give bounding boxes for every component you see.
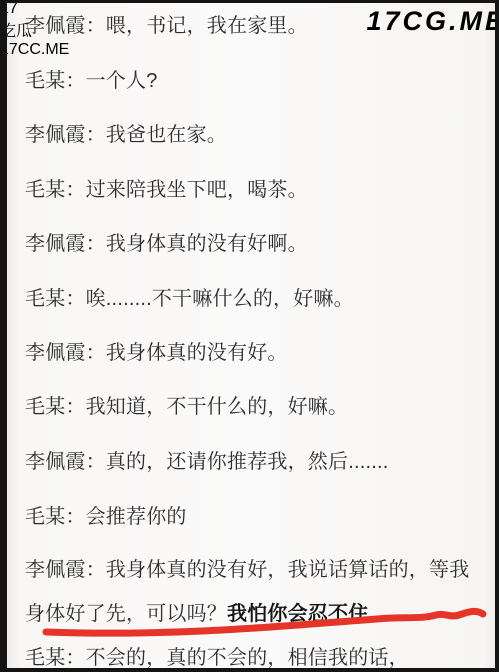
frame-edge-top <box>0 0 499 3</box>
frame-edge-left <box>0 0 7 672</box>
dialogue-line: 毛某：唉........不干嘛什么的，好嘛。 <box>25 287 487 311</box>
dialogue-transcript: 李佩霞：喂，书记，我在家里。 毛某：一个人? 李佩霞：我爸也在家。 毛某：过来陪… <box>0 0 499 672</box>
dialogue-line: 毛某：不会的，真的不会的，相信我的话， <box>25 646 487 670</box>
dialogue-line: 李佩霞：我身体真的没有好，我说话算话的，等我 <box>25 558 487 582</box>
bold-highlight-text: 我怕你会忍不住。 <box>227 603 389 625</box>
dialogue-line: 李佩霞：真的，还请你推荐我，然后....... <box>25 450 487 474</box>
dialogue-line-normal-part: 身体好了先，可以吗？ <box>25 603 227 625</box>
dialogue-line: 毛某：一个人? <box>25 69 487 93</box>
dialogue-line: 李佩霞：我爸也在家。 <box>25 123 487 147</box>
dialogue-line: 李佩霞：我身体真的没有好。 <box>25 341 487 365</box>
frame-edge-bottom <box>0 668 499 672</box>
dialogue-line-with-highlight: 身体好了先，可以吗？我怕你会忍不住。 <box>25 602 487 626</box>
dialogue-line: 毛某：会推荐你的 <box>25 505 487 529</box>
dialogue-line: 李佩霞：我身体真的没有好啊。 <box>25 232 487 256</box>
dialogue-line: 毛某：我知道，不干什么的，好嘛。 <box>25 395 487 419</box>
watermark-17cg-me: 17CG.ME <box>366 6 499 37</box>
dialogue-line: 毛某：过来陪我坐下吧，喝茶。 <box>25 178 487 202</box>
transcript-screenshot: 李佩霞：喂，书记，我在家里。 毛某：一个人? 李佩霞：我爸也在家。 毛某：过来陪… <box>0 0 499 672</box>
frame-edge-right <box>495 0 499 672</box>
